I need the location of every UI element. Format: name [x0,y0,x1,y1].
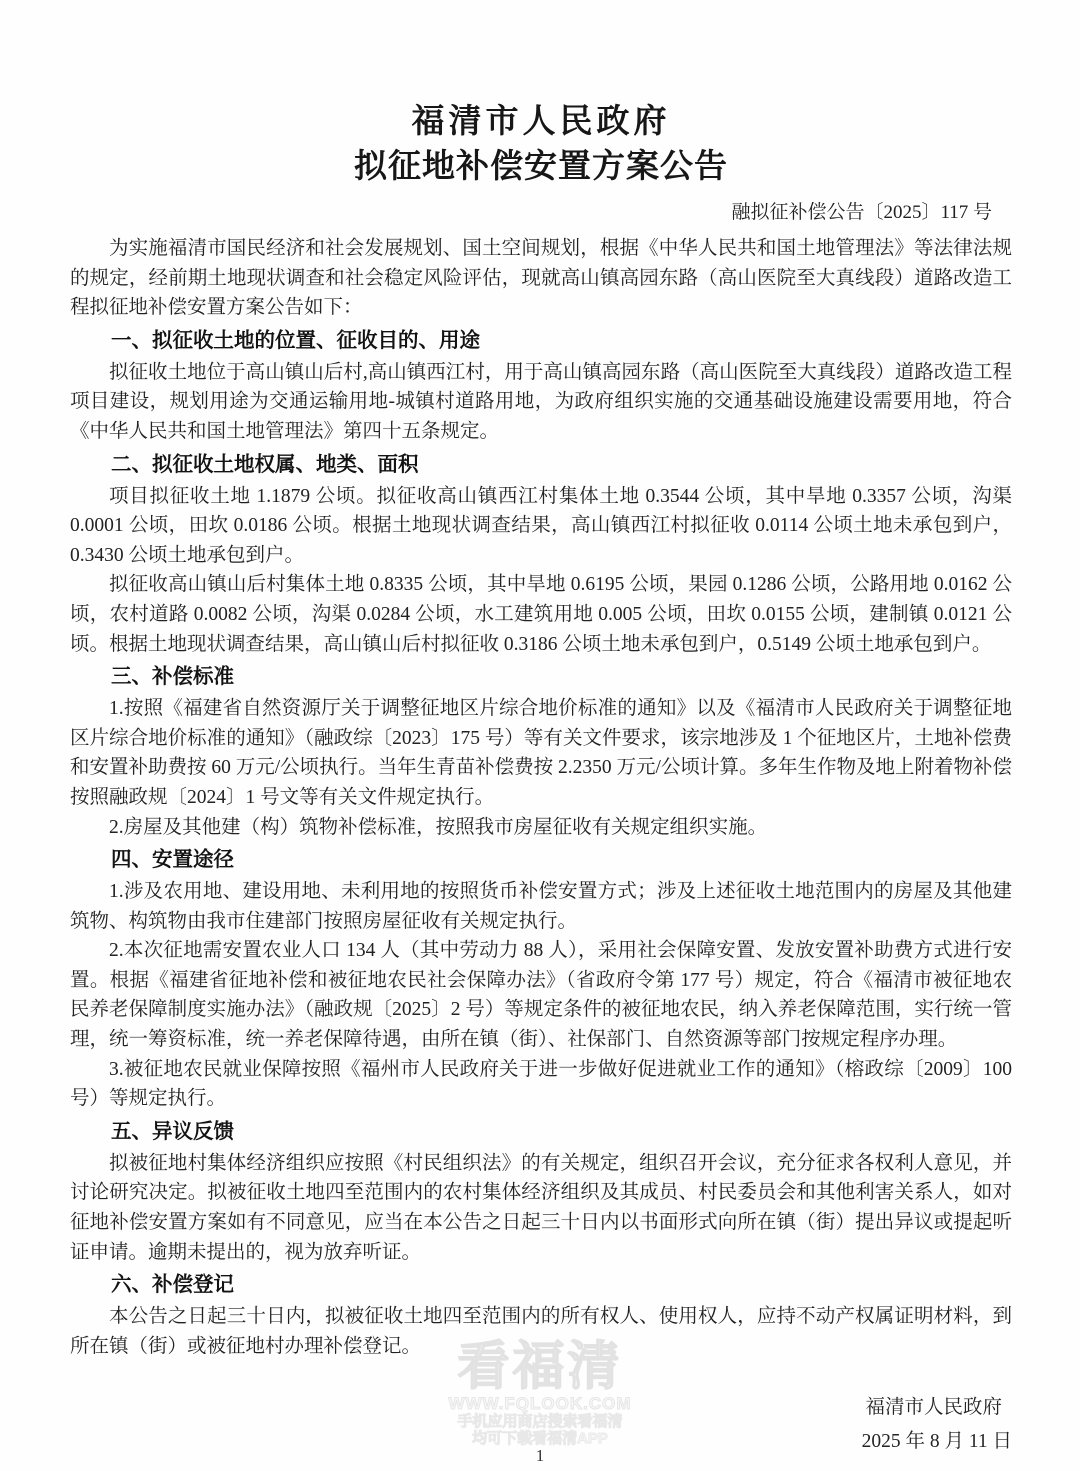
section-4-paragraph-1: 1.涉及农用地、建设用地、未利用地的按照货币补偿安置方式；涉及上述征收土地范围内… [70,877,1012,936]
document-content: 福清市人民政府 拟征地补偿安置方案公告 融拟征补偿公告〔2025〕117 号 为… [0,0,1080,1459]
section-2-paragraph-2: 拟征收高山镇山后村集体土地 0.8335 公顷，其中旱地 0.6195 公顷，果… [70,570,1012,659]
section-6-heading: 六、补偿登记 [70,1270,1012,1300]
announcement-page: 福清市人民政府 拟征地补偿安置方案公告 融拟征补偿公告〔2025〕117 号 为… [0,0,1080,1471]
section-1-paragraph: 拟征收土地位于高山镇山后村,高山镇西江村，用于高山镇高园东路（高山医院至大真线段… [70,358,1012,447]
signature-agency: 福清市人民政府 [70,1391,1012,1425]
section-5-paragraph: 拟被征地村集体经济组织应按照《村民组织法》的有关规定，组织召开会议，充分征求各权… [70,1149,1012,1267]
section-1-heading: 一、拟征收土地的位置、征收目的、用途 [70,326,1012,356]
page-number: 1 [536,1446,545,1466]
section-4-heading: 四、安置途径 [70,845,1012,875]
document-title-line-1: 福清市人民政府 [70,98,1012,143]
document-number: 融拟征补偿公告〔2025〕117 号 [70,200,992,226]
section-6-paragraph: 本公告之日起三十日内，拟被征收土地四至范围内的所有权人、使用权人，应持不动产权属… [70,1302,1012,1361]
section-3-heading: 三、补偿标准 [70,662,1012,692]
section-4-paragraph-2: 2.本次征地需安置农业人口 134 人（其中劳动力 88 人），采用社会保障安置… [70,936,1012,1054]
section-4-paragraph-3: 3.被征地农民就业保障按照《福州市人民政府关于进一步做好促进就业工作的通知》（榕… [70,1055,1012,1114]
section-2-heading: 二、拟征收土地权属、地类、面积 [70,450,1012,480]
section-2-paragraph-1: 项目拟征收土地 1.1879 公顷。拟征收高山镇西江村集体土地 0.3544 公… [70,482,1012,571]
section-3-paragraph-2: 2.房屋及其他建（构）筑物补偿标准，按照我市房屋征收有关规定组织实施。 [70,813,1012,843]
section-3-paragraph-1: 1.按照《福建省自然资源厅关于调整征地区片综合地价标准的通知》以及《福清市人民政… [70,694,1012,812]
intro-paragraph: 为实施福清市国民经济和社会发展规划、国土空间规划，根据《中华人民共和国土地管理法… [70,234,1012,323]
document-title-line-2: 拟征地补偿安置方案公告 [70,143,1012,188]
section-5-heading: 五、异议反馈 [70,1117,1012,1147]
